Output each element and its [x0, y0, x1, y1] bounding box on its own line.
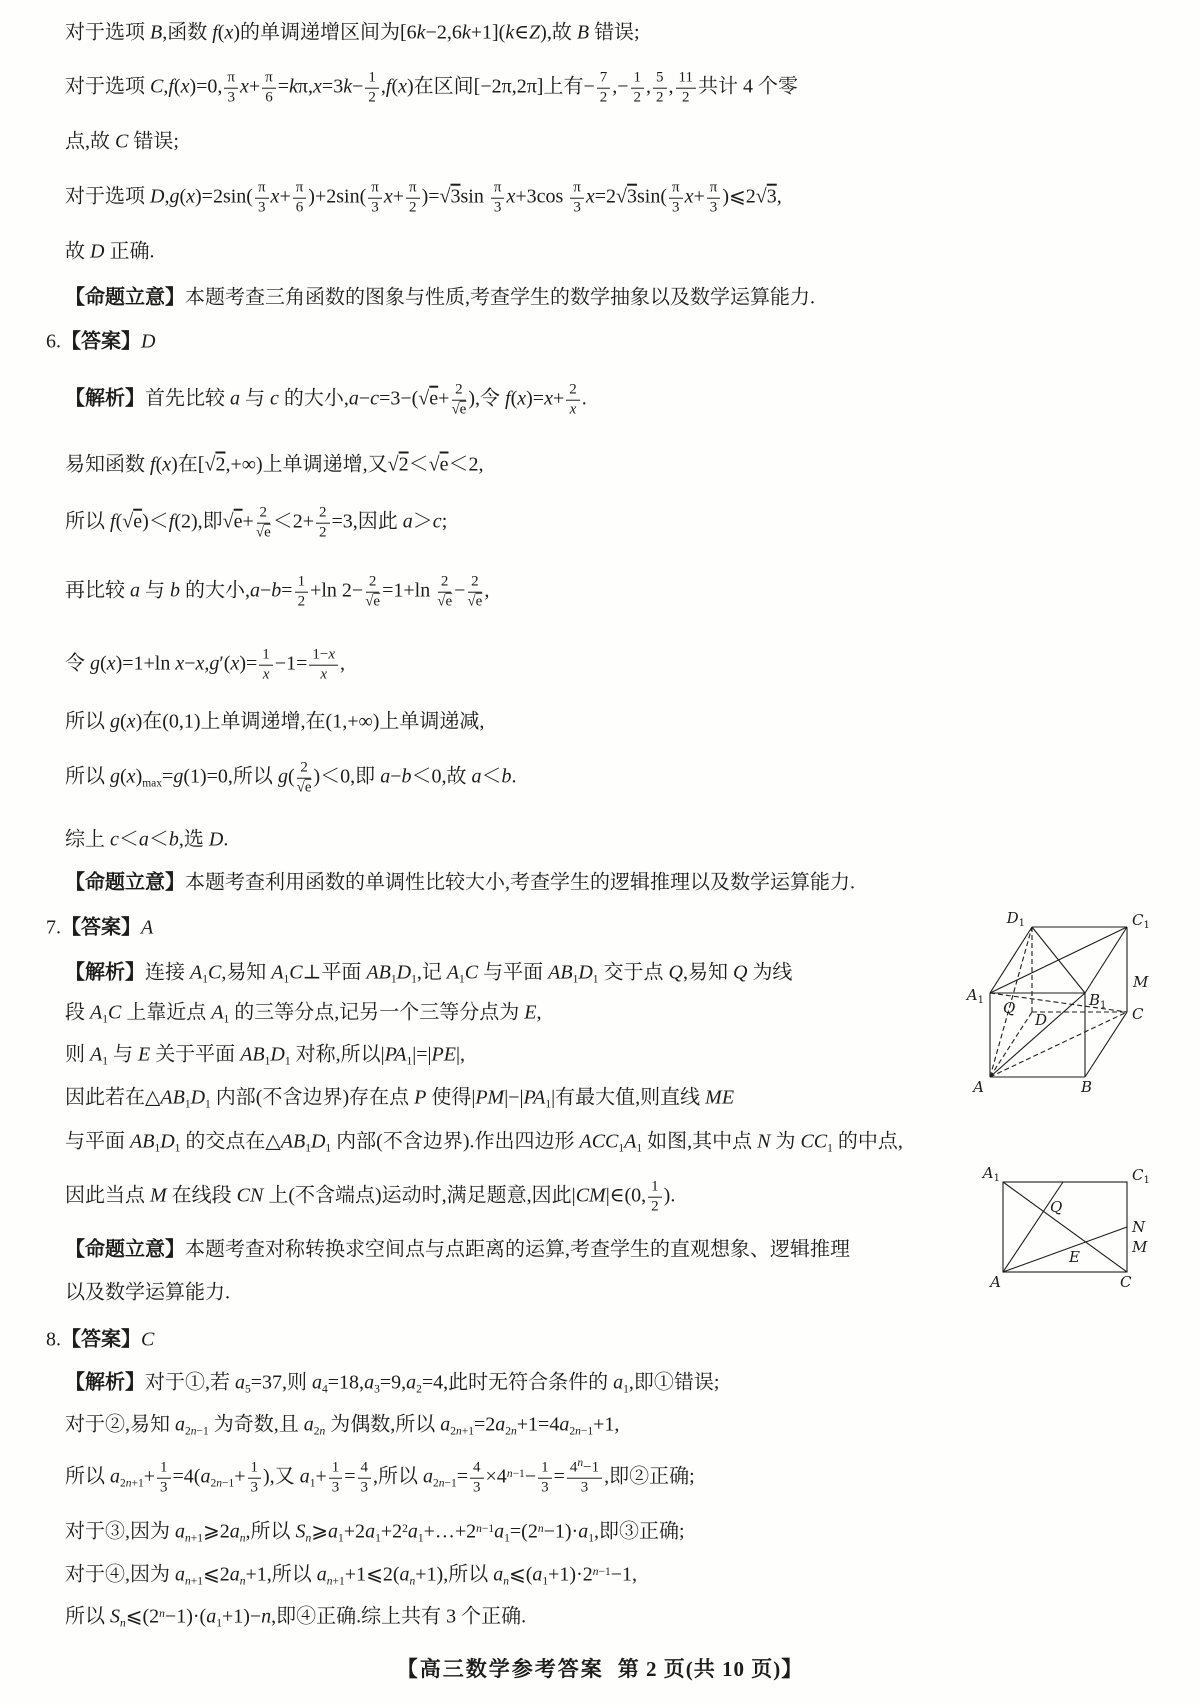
text-line: 点,故 C 错误; — [65, 130, 179, 155]
vertex-label: D1 — [1006, 909, 1025, 929]
text-line: 所以 f(√e)＜f(2),即√e+2√e＜2+22=3,因此 a＞c; — [65, 505, 447, 542]
text-line: 则 A1 与 E 关于平面 AB1D1 对称,所以|PA1|=|PE|, — [65, 1043, 465, 1068]
text-line: 对于③,因为 an+1⩾2an,所以 Sn⩾a1+2a1+22a1+…+2n−1… — [65, 1520, 685, 1545]
text-line: 【解析】对于①,若 a5=37,则 a4=18,a3=9,a2=4,此时无符合条… — [65, 1371, 719, 1396]
text-line: 再比较 a 与 b 的大小,a−b=12+ln 2−2√e=1+ln 2√e−2… — [65, 574, 489, 611]
text-line: 所以 Sn⩽(2n−1)·(a1+1)−n,即④正确.综上共有 3 个正确. — [65, 1605, 526, 1630]
vertex-label: A — [971, 1078, 984, 1096]
answer-line: 8.【答案】C — [46, 1328, 154, 1353]
vertex-label: B1 — [1088, 991, 1106, 1011]
text-line: 【解析】连接 A1C,易知 A1C⊥平面 AB1D1,记 A1C 与平面 AB1… — [65, 961, 792, 986]
text-line: 与平面 AB1D1 的交点在△AB1D1 内部(不含边界).作出四边形 ACC1… — [65, 1130, 903, 1155]
answer-line: 7.【答案】A — [46, 916, 153, 941]
text-line: 故 D 正确. — [65, 240, 154, 265]
footer-page-number: 第 2 页(共 10 页)】 — [618, 1657, 804, 1681]
vertex-label: E — [1068, 1248, 1080, 1266]
text-line: 段 A1C 上靠近点 A1 的三等分点,记另一个三等分点为 E, — [65, 1001, 542, 1026]
text-line: 对于选项 D,g(x)=2sin(π3x+π6)+2sin(π3x+π2)=√3… — [65, 180, 782, 217]
text-line: 易知函数 f(x)在[√2,+∞)上单调递增,又√2＜√e＜2, — [65, 453, 484, 478]
text-line: 对于④,因为 an+1⩽2an+1,所以 an+1+1⩽2(an+1),所以 a… — [65, 1563, 637, 1588]
text-line: 对于②,易知 a2n−1 为奇数,且 a2n 为偶数,所以 a2n+1=2a2n… — [65, 1413, 619, 1438]
text-line: 【命题立意】本题考查三角函数的图象与性质,考查学生的数学抽象以及数学运算能力. — [65, 286, 815, 311]
vertex-label: D — [1034, 1011, 1047, 1029]
vertex-label: A — [988, 1273, 1001, 1291]
page-footer: 【高三数学参考答案第 2 页(共 10 页)】 — [0, 1653, 1200, 1683]
vertex-label: C1 — [1132, 1166, 1150, 1186]
text-line: 因此若在△AB1D1 内部(不含边界)存在点 P 使得|PM|−|PA1|有最大… — [65, 1086, 734, 1111]
text-line: 令 g(x)=1+ln x−x,g′(x)=1x−1=1−xx, — [65, 647, 345, 684]
answer-sheet-page: 对于选项 B,函数 f(x)的单调递增区间为[6k−2,6k+1](k∈Z),故… — [0, 0, 1200, 1706]
text-line: 对于选项 B,函数 f(x)的单调递增区间为[6k−2,6k+1](k∈Z),故… — [65, 21, 640, 46]
footer-title: 【高三数学参考答案 — [397, 1657, 604, 1681]
vertex-label: C — [1132, 1005, 1144, 1023]
vertex-label: M — [1131, 1238, 1148, 1256]
vertex-label: N — [1131, 1218, 1146, 1236]
text-line: 【命题立意】本题考查对称转换求空间点与点距离的运算,考查学生的直观想象、逻辑推理 — [65, 1238, 850, 1263]
text-line: 【解析】首先比较 a 与 c 的大小,a−c=3−(√e+2√e),令 f(x)… — [65, 382, 587, 419]
vertex-label: Q — [1003, 999, 1015, 1017]
vertex-label: C — [1120, 1273, 1132, 1291]
vertex-label: Q — [1050, 1198, 1062, 1216]
text-line: 所以 g(x)在(0,1)上单调递增,在(1,+∞)上单调递减, — [65, 710, 484, 735]
text-line: 【命题立意】本题考查利用函数的单调性比较大小,考查学生的逻辑推理以及数学运算能力… — [65, 871, 855, 896]
rectangle-figure: A1 C1 Q N M E A C — [973, 1163, 1158, 1303]
cube-figure: D1 C1 A1 B1 M C D Q A B — [953, 908, 1163, 1103]
answer-line: 6.【答案】D — [46, 330, 155, 355]
vertex-label: M — [1132, 973, 1149, 991]
vertex-label: B — [1080, 1078, 1092, 1096]
text-line: 所以 g(x)max=g(1)=0,所以 g(2√e)＜0,即 a−b＜0,故 … — [65, 760, 516, 797]
text-line: 综上 c＜a＜b,选 D. — [65, 828, 228, 853]
vertex-label: C1 — [1132, 911, 1150, 931]
text-line: 所以 a2n+1+13=4(a2n−1+13),又 a1+13=43,所以 a2… — [65, 1460, 695, 1497]
vertex-label: A1 — [981, 1164, 1000, 1184]
vertex-label: A1 — [965, 986, 984, 1006]
text-line: 以及数学运算能力. — [65, 1281, 230, 1306]
text-line: 对于选项 C,f(x)=0,π3x+π6=kπ,x=3k−12,f(x)在区间[… — [65, 70, 798, 107]
text-line: 因此当点 M 在线段 CN 上(不含端点)运动时,满足题意,因此|CM|∈(0,… — [65, 1179, 675, 1216]
